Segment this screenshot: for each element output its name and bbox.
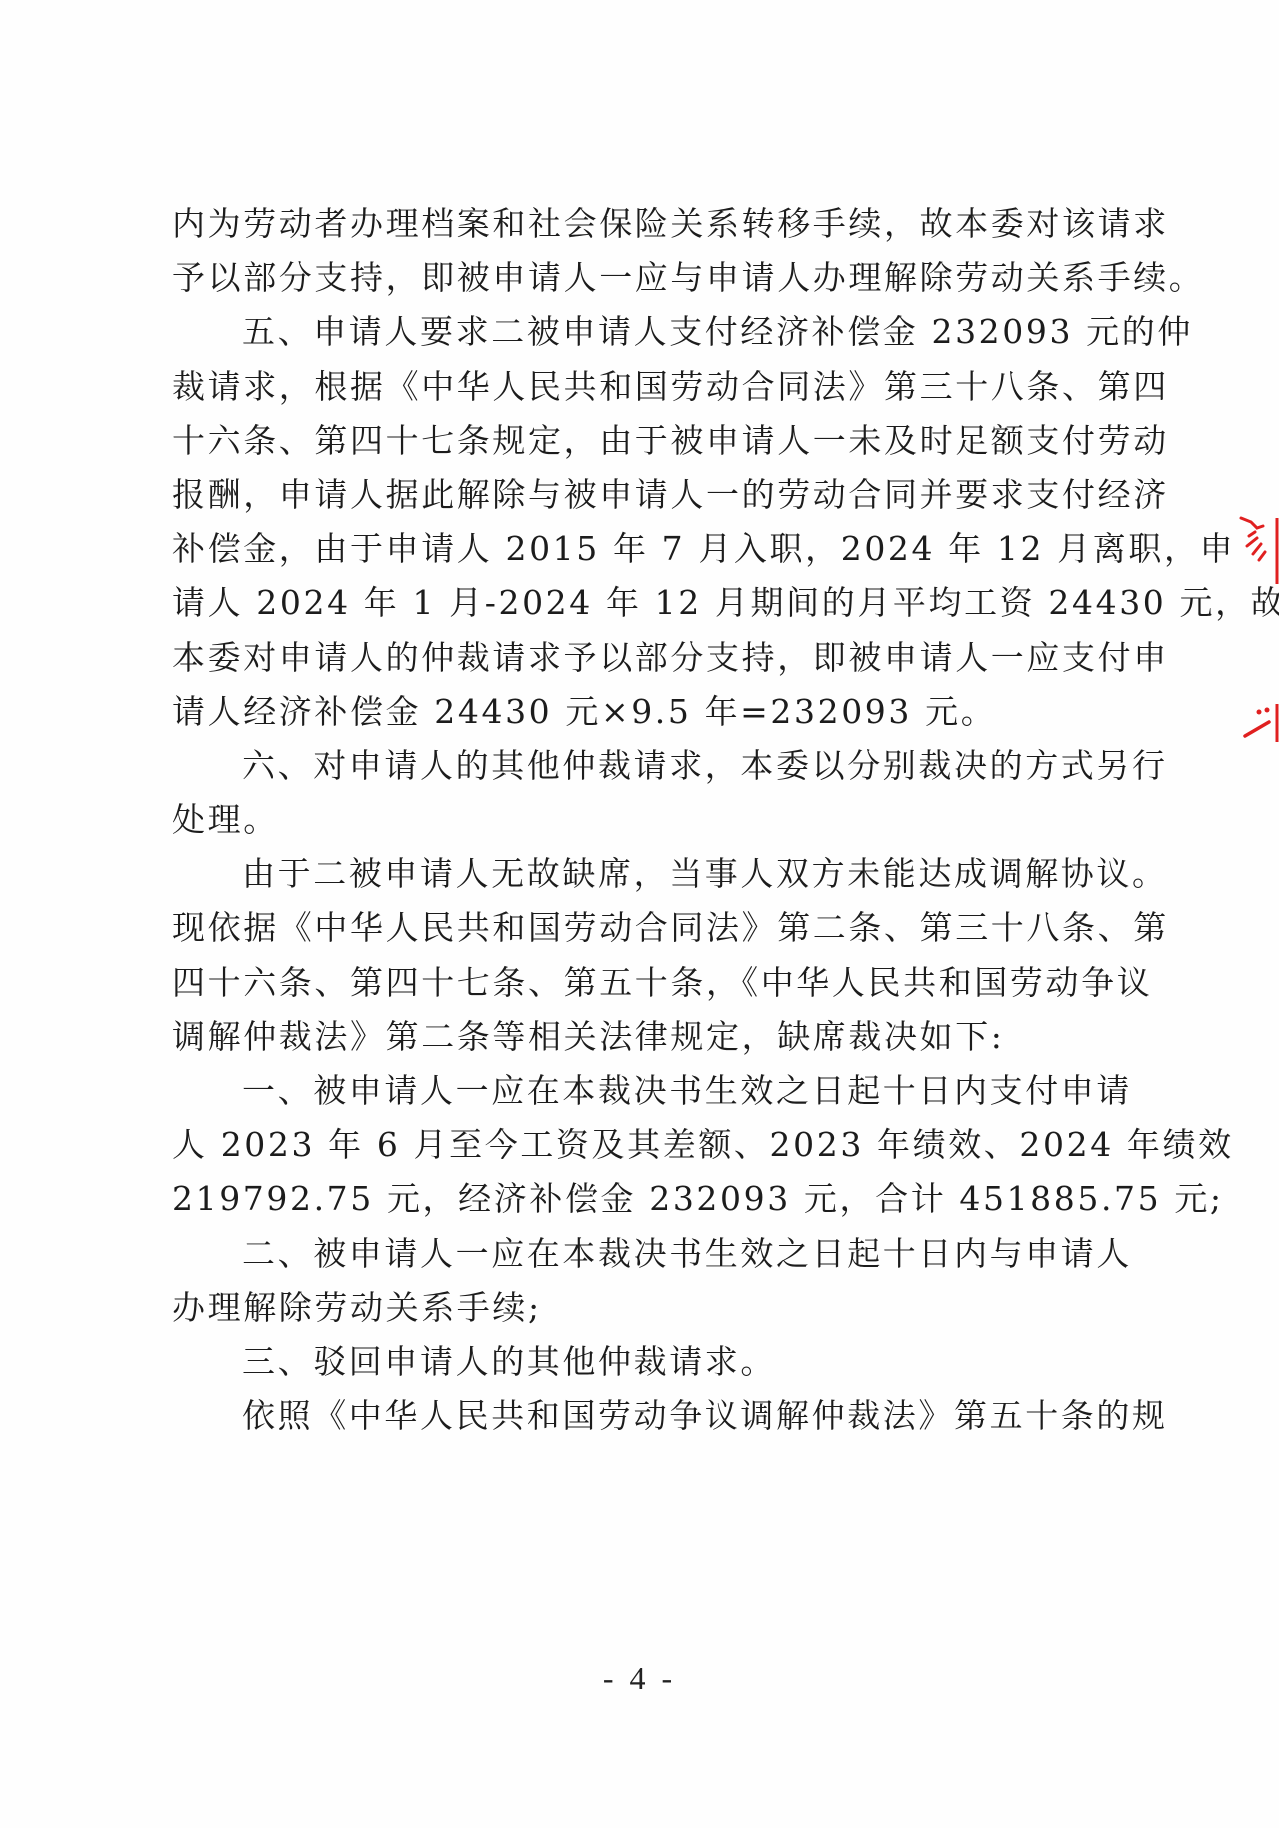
- text-line-11: 六、对申请人的其他仲裁请求，本委以分别裁决的方式另行: [172, 739, 1132, 793]
- text-line-15: 四十六条、第四十七条、第五十条，《中华人民共和国劳动争议: [172, 956, 1132, 1010]
- text-line-23: 依照《中华人民共和国劳动争议调解仲裁法》第五十条的规: [172, 1389, 1132, 1443]
- text-line-9: 本委对申请人的仲裁请求予以部分支持，即被申请人一应支付申: [172, 631, 1132, 685]
- text-line-10: 请人经济补偿金 24430 元×9.5 年=232093 元。: [172, 685, 1132, 739]
- text-line-19: 219792.75 元，经济补偿金 232093 元，合计 451885.75 …: [172, 1172, 1132, 1226]
- text-line-21: 办理解除劳动关系手续;: [172, 1281, 1132, 1335]
- document-body: 内为劳动者办理档案和社会保险关系转移手续，故本委对该请求 予以部分支持，即被申请…: [172, 197, 1132, 1443]
- text-line-1: 内为劳动者办理档案和社会保险关系转移手续，故本委对该请求: [172, 197, 1132, 251]
- text-line-3: 五、申请人要求二被申请人支付经济补偿金 232093 元的仲: [172, 305, 1132, 359]
- text-line-4: 裁请求，根据《中华人民共和国劳动合同法》第三十八条、第四: [172, 360, 1132, 414]
- red-seal-fragment-bottom: [1239, 700, 1279, 750]
- text-line-2: 予以部分支持，即被申请人一应与申请人办理解除劳动关系手续。: [172, 251, 1132, 305]
- text-line-5: 十六条、第四十七条规定，由于被申请人一未及时足额支付劳动: [172, 414, 1132, 468]
- text-line-16: 调解仲裁法》第二条等相关法律规定，缺席裁决如下:: [172, 1010, 1132, 1064]
- text-line-6: 报酬，申请人据此解除与被申请人一的劳动合同并要求支付经济: [172, 468, 1132, 522]
- document-page: 内为劳动者办理档案和社会保险关系转移手续，故本委对该请求 予以部分支持，即被申请…: [0, 0, 1279, 1828]
- page-number: - 4 -: [0, 1660, 1279, 1697]
- text-line-22: 三、驳回申请人的其他仲裁请求。: [172, 1335, 1132, 1389]
- text-line-17: 一、被申请人一应在本裁决书生效之日起十日内支付申请: [172, 1064, 1132, 1118]
- text-line-13: 由于二被申请人无故缺席，当事人双方未能达成调解协议。: [172, 847, 1132, 901]
- text-line-18: 人 2023 年 6 月至今工资及其差额、2023 年绩效、2024 年绩效: [172, 1118, 1132, 1172]
- text-line-20: 二、被申请人一应在本裁决书生效之日起十日内与申请人: [172, 1227, 1132, 1281]
- seal-stamp-icon: [1239, 700, 1279, 750]
- text-line-8: 请人 2024 年 1 月-2024 年 12 月期间的月平均工资 24430 …: [172, 576, 1132, 630]
- text-line-7: 补偿金，由于申请人 2015 年 7 月入职，2024 年 12 月离职，申: [172, 522, 1132, 576]
- text-line-12: 处理。: [172, 793, 1132, 847]
- seal-stamp-icon: [1239, 510, 1279, 590]
- red-seal-fragment-top: [1239, 510, 1279, 590]
- text-line-14: 现依据《中华人民共和国劳动合同法》第二条、第三十八条、第: [172, 901, 1132, 955]
